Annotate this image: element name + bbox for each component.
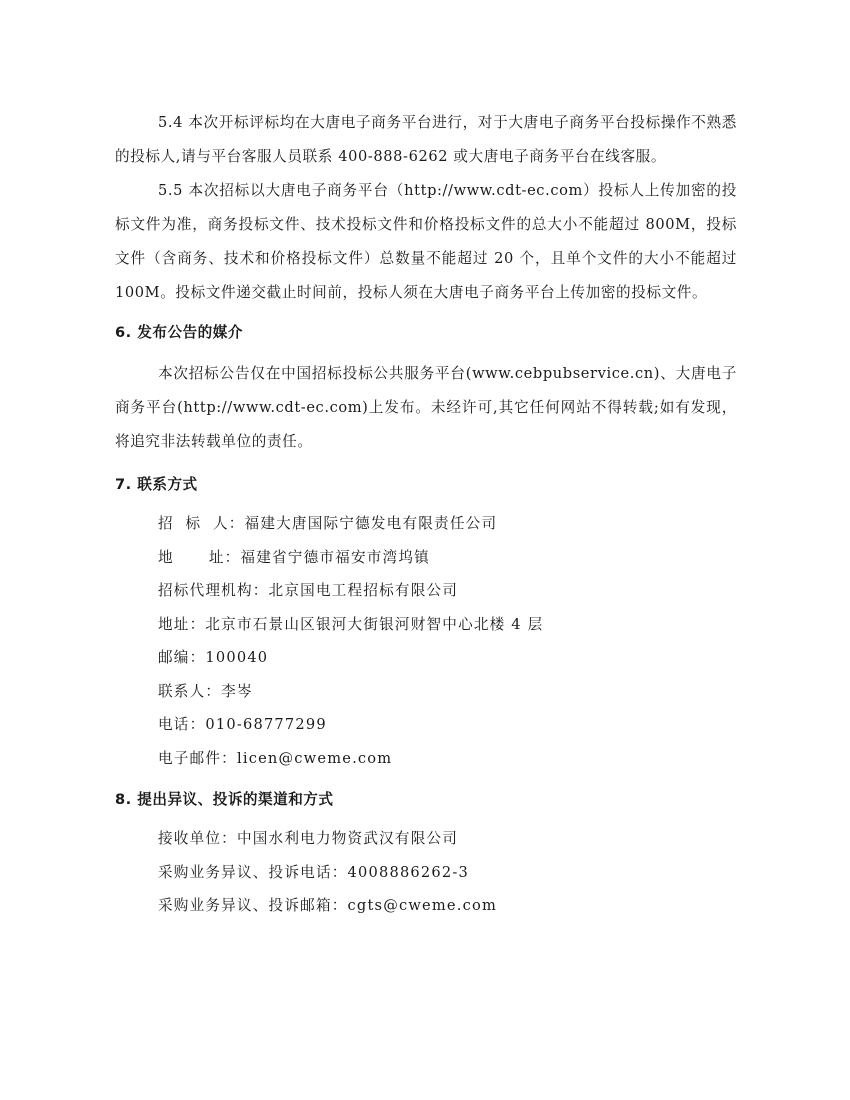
paragraph-6: 本次招标公告仅在中国招标投标公共服务平台(www.cebpubservice.c… (115, 357, 737, 459)
complaint-phone: 采购业务异议、投诉电话：4008886262-3 (115, 856, 737, 890)
paragraph-5-5: 5.5 本次招标以大唐电子商务平台（http://www.cdt-ec.com）… (115, 174, 737, 310)
contact-postcode: 邮编：100040 (115, 641, 737, 675)
contact-phone: 电话：010-68777299 (115, 708, 737, 742)
contact-tenderer: 招 标 人：福建大唐国际宁德发电有限责任公司 (115, 507, 737, 541)
contact-address: 地 址：福建省宁德市福安市湾坞镇 (115, 541, 737, 575)
section-heading-6: 6. 发布公告的媒介 (115, 323, 737, 343)
document-page: 5.4 本次开标评标均在大唐电子商务平台进行，对于大唐电子商务平台投标操作不熟悉… (115, 106, 737, 923)
paragraph-5-4: 5.4 本次开标评标均在大唐电子商务平台进行，对于大唐电子商务平台投标操作不熟悉… (115, 106, 737, 174)
section-heading-8: 8. 提出异议、投诉的渠道和方式 (115, 790, 737, 810)
complaint-list: 接收单位：中国水利电力物资武汉有限公司 采购业务异议、投诉电话：40088862… (115, 822, 737, 923)
section-heading-7: 7. 联系方式 (115, 475, 737, 495)
contact-agency: 招标代理机构：北京国电工程招标有限公司 (115, 574, 737, 608)
contact-person: 联系人：李岑 (115, 675, 737, 709)
complaint-receiver: 接收单位：中国水利电力物资武汉有限公司 (115, 822, 737, 856)
contact-email: 电子邮件：licen@cweme.com (115, 742, 737, 776)
contact-agency-address: 地址：北京市石景山区银河大街银河财智中心北楼 4 层 (115, 608, 737, 642)
contact-list: 招 标 人：福建大唐国际宁德发电有限责任公司 地 址：福建省宁德市福安市湾坞镇 … (115, 507, 737, 775)
complaint-email: 采购业务异议、投诉邮箱：cgts@cweme.com (115, 889, 737, 923)
